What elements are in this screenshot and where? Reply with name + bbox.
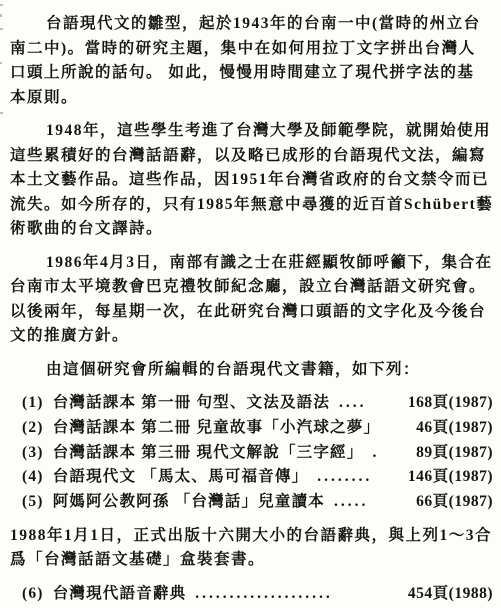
book-pages: 454頁(1988) (408, 582, 493, 607)
dot-leader: ..... (334, 490, 368, 515)
text-line: 本原則。 (10, 86, 493, 111)
book-row-1: (1) 台灣話課本 第一冊 句型、文法及語法 .... 168頁(1987) (10, 391, 493, 416)
book-title: 台灣現代語音辭典 (53, 582, 187, 607)
text-line: 文的推廣方針。 (10, 324, 493, 349)
text-line: 爲「台灣話語文基礎」盒裝套書。 (10, 548, 493, 573)
dot-leader: ........ (317, 465, 372, 490)
book-title: 台灣話課本 第二冊 兒童故事「小汽球之夢」 (53, 416, 380, 441)
text-line: 由這個研究會所編輯的台語現代文書籍，如下列： (10, 358, 493, 383)
paragraph-1986-society: 1986年4月3日，南部有識之士在莊經顯牧師呼籲下，集合在 台南市太平境教會巴克… (10, 251, 493, 349)
scan-artifact (0, 112, 3, 114)
book-row-5: (5) 阿媽阿公教阿孫 「台灣話」兒童讀本 ..... 66頁(1987) (10, 490, 493, 515)
dot-leader: . (372, 441, 379, 466)
dot-leader: .................... (195, 582, 333, 607)
text-line: 口頭上所說的話句。 如此，慢慢用時間建立了現代拼字法的基 (10, 61, 493, 86)
scan-artifact (0, 14, 2, 17)
book-number: (4) (22, 465, 44, 490)
book-pages: 146頁(1987) (408, 465, 493, 490)
text-line: 流失。如今所存的，只有1985年無意中尋獲的近百首Schübert藝 (10, 193, 493, 218)
book-number: (2) (22, 416, 44, 441)
book-number: (5) (22, 490, 44, 515)
book-title: 台語現代文 「馬太、馬可福音傳」 (53, 465, 309, 490)
book-number: (3) (22, 441, 44, 466)
text-line: 以後兩年，每星期一次，在此研究台灣口頭語的文字化及今後台 (10, 300, 493, 325)
book-title: 台灣話課本 第三冊 現代文解說「三字經」 (53, 441, 364, 466)
text-line: 台南市太平境教會巴克禮牧師紀念廳，設立台灣話語文研究會。 (10, 275, 493, 300)
book-title: 阿媽阿公教阿孫 「台灣話」兒童讀本 (53, 490, 325, 515)
document-page: 台語現代文的雛型，起於1943年的台南一中(當時的州立台 南二中)。當時的研究主… (0, 0, 501, 608)
paragraph-list-intro: 由這個研究會所編輯的台語現代文書籍，如下列： (10, 358, 493, 383)
book-pages: 46頁(1987) (416, 416, 493, 441)
scan-artifact (0, 28, 3, 30)
book-list: (1) 台灣話課本 第一冊 句型、文法及語法 .... 168頁(1987) (… (10, 391, 493, 515)
paragraph-1948-students: 1948年，這些學生考進了台灣大學及師範學院，就開始使用 這些累積好的台灣話語辭… (10, 119, 493, 242)
text-line: 1948年，這些學生考進了台灣大學及師範學院，就開始使用 (10, 119, 493, 144)
book-row-4: (4) 台語現代文 「馬太、馬可福音傳」 ........ 146頁(1987) (10, 465, 493, 490)
book-row-6: (6) 台灣現代語音辭典 .................... 454頁(1… (10, 582, 493, 607)
paragraph-1988-dictionary: 1988年1月1日，正式出版十六開大小的台語辭典，與上列1～3合 爲「台灣話語文… (10, 524, 493, 573)
book-row-3: (3) 台灣話課本 第三冊 現代文解說「三字經」 . 89頁(1987) (10, 441, 493, 466)
book-pages: 66頁(1987) (416, 490, 493, 515)
book-number: (1) (22, 391, 44, 416)
book-row-2: (2) 台灣話課本 第二冊 兒童故事「小汽球之夢」 46頁(1987) (10, 416, 493, 441)
paragraph-origin-1943: 台語現代文的雛型，起於1943年的台南一中(當時的州立台 南二中)。當時的研究主… (10, 12, 493, 110)
book-list-continued: (6) 台灣現代語音辭典 .................... 454頁(1… (10, 582, 493, 607)
text-line: 1986年4月3日，南部有識之士在莊經顯牧師呼籲下，集合在 (10, 251, 493, 276)
book-title: 台灣話課本 第一冊 句型、文法及語法 (53, 391, 330, 416)
text-line: 本土文藝作品。這些作品，因1951年台灣省政府的台文禁令而已 (10, 168, 493, 193)
text-line: 術歌曲的台文譯詩。 (10, 217, 493, 242)
book-pages: 89頁(1987) (416, 441, 493, 466)
scan-artifact (0, 62, 2, 64)
text-line: 台語現代文的雛型，起於1943年的台南一中(當時的州立台 (10, 12, 493, 37)
dot-leader: .... (339, 391, 367, 416)
scan-artifact (0, 4, 3, 6)
text-line: 南二中)。當時的研究主題，集中在如何用拉丁文字拼出台灣人 (10, 37, 493, 62)
text-line: 1988年1月1日，正式出版十六開大小的台語辭典，與上列1～3合 (10, 524, 493, 549)
text-line: 這些累積好的台灣話語辭，以及略已成形的台語現代文法，編寫 (10, 144, 493, 169)
book-number: (6) (22, 582, 44, 607)
book-pages: 168頁(1987) (408, 391, 493, 416)
